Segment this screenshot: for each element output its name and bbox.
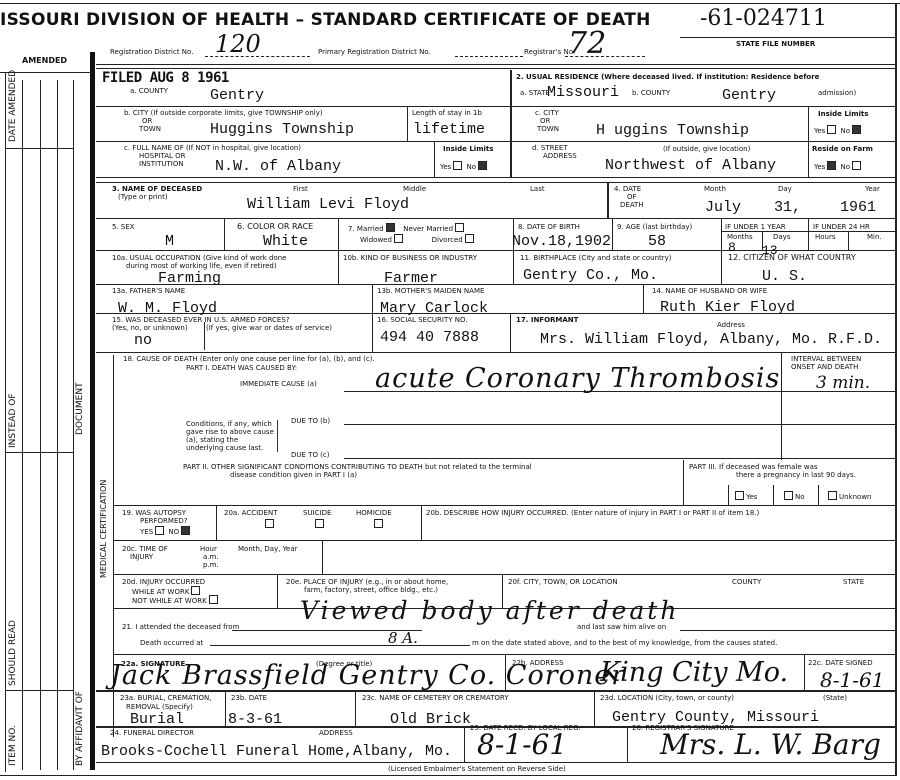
divider (627, 726, 628, 762)
divider (113, 540, 895, 541)
cod-part3-sub: there a pregnancy in last 90 days. (736, 471, 856, 479)
divider (355, 690, 356, 726)
dod-of: OF (627, 193, 637, 201)
checkbox-yes[interactable] (453, 161, 462, 170)
pod-city-town: TOWN (139, 125, 161, 133)
checkbox-no-checked[interactable] (478, 161, 487, 170)
business-value: Farmer (384, 271, 438, 287)
occupation-sub: during most of working life, even if ret… (126, 262, 277, 270)
autopsy-options: YES NO (140, 526, 192, 536)
last-label: Last (530, 185, 545, 193)
no-label: No (467, 163, 477, 171)
address-label: Address (717, 321, 745, 329)
citizen-label: 12. CITIZEN OF WHAT COUNTRY (728, 254, 856, 262)
citizen-value: U. S. (762, 269, 807, 285)
divider (565, 56, 645, 57)
res-city-or: OR (540, 117, 550, 125)
date-amended-label: DATE AMENDED (8, 70, 18, 142)
state-file-number-label: STATE FILE NUMBER (736, 40, 815, 48)
divider (5, 690, 73, 691)
registrar-signature: Mrs. L. W. Barg (660, 728, 881, 761)
occupation-value: Farming (158, 271, 221, 287)
thick-divider (90, 52, 95, 770)
stated-text: m on the date stated above, and to the b… (472, 639, 777, 647)
top-border (0, 3, 900, 4)
yes-label: Yes (440, 163, 451, 171)
burial-method-sub: REMOVAL (Specify) (126, 703, 193, 711)
divider (728, 485, 729, 505)
middle-label: Middle (403, 185, 426, 193)
reside-farm-options: Yes No (814, 161, 863, 171)
res-city-label: c. CITY (535, 109, 559, 117)
divider (113, 574, 895, 575)
accident-label: 20a. ACCIDENT (224, 509, 277, 517)
cod-part3: PART III. If deceased was female was (689, 463, 818, 471)
death-occurred-label: Death occurred at (140, 639, 203, 647)
pod-city-value: Huggins Township (210, 122, 354, 138)
cod-header: 18. CAUSE OF DEATH (Enter only one cause… (123, 355, 375, 363)
address-22b-value: King City Mo. (600, 657, 788, 688)
res-street-hint: (If outside, give location) (663, 145, 750, 153)
certificate-title: ISSOURI DIVISION OF HEALTH – STANDARD CE… (0, 10, 651, 30)
checkbox-divorced[interactable] (465, 234, 474, 243)
time-label: 20c. TIME OF (122, 545, 168, 553)
ssn-value: 494 40 7888 (380, 330, 479, 346)
under-1yr-label: IF UNDER 1 YEAR (725, 223, 786, 231)
marital-label: 7. (348, 225, 355, 233)
describe-label: 20b. DESCRIBE HOW INJURY OCCURRED. (Ente… (426, 509, 759, 517)
location-label: 23d. LOCATION (City, town, or county) (600, 694, 734, 702)
place-label: 20e. PLACE OF INJURY (e.g., in or about … (286, 578, 448, 586)
divider (510, 313, 511, 352)
dod-month-value: July (705, 200, 741, 216)
pregnancy-no: No (782, 491, 805, 501)
injury-state-label: STATE (843, 578, 864, 586)
res-inside-limits-options: Yes No (814, 125, 863, 135)
attended-label: 21. I attended the deceased from (122, 623, 239, 631)
widowed-label: Widowed (360, 236, 392, 244)
divider (344, 458, 895, 459)
name-value: William Levi Floyd (247, 197, 409, 213)
interval-label-1: INTERVAL BETWEEN (791, 355, 861, 363)
divider (22, 80, 23, 770)
res-inside-limits-label: Inside Limits (818, 110, 868, 118)
pod-hospital-label: c. FULL NAME OF (If NOT in hospital, giv… (124, 144, 301, 152)
yes-label: YES (140, 528, 153, 536)
mother-label: 13b. MOTHER'S MAIDEN NAME (377, 287, 484, 295)
no-label: No (841, 127, 851, 135)
divider (455, 56, 523, 57)
divider (96, 218, 895, 219)
length-stay-label: Length of stay in 1b (412, 109, 482, 117)
spouse-value: Ruth Kier Floyd (660, 300, 795, 316)
hour-label: Hour (200, 545, 217, 553)
document-label: DOCUMENT (75, 382, 85, 435)
divider (804, 654, 805, 690)
divider (96, 182, 895, 183)
sex-value: M (165, 234, 174, 250)
min-label: Min. (867, 233, 882, 241)
place-sub: farm, factory, street, office bldg., etc… (304, 586, 438, 594)
married-label: Married (357, 225, 384, 233)
armed-value: no (134, 333, 152, 349)
res-city-value: H uggins Township (596, 123, 749, 139)
yes-label: Yes (814, 163, 825, 171)
divider (322, 540, 323, 574)
under-24-label: IF UNDER 24 HR (813, 223, 870, 231)
pod-hospital-sub2: INSTITUTION (139, 160, 184, 168)
by-affidavit-label: BY AFFIDAVIT OF (75, 691, 85, 766)
pod-hospital-value: N.W. of Albany (215, 159, 341, 175)
footer-note: (Licensed Embalmer's Statement on Revers… (388, 765, 566, 773)
checkbox-not-at-work[interactable] (209, 595, 218, 604)
pod-county-value: Gentry (210, 88, 264, 104)
pod-hospital-sub1: HOSPITAL OR (139, 152, 186, 160)
divider (96, 141, 895, 142)
divider (818, 485, 819, 505)
race-label: 6. COLOR OR RACE (237, 223, 313, 231)
medical-certification-label: MEDICAL CERTIFICATION (99, 480, 108, 578)
immediate-cause-value: acute Coronary Thrombosis (375, 363, 780, 394)
registration-district-value: 120 (215, 30, 261, 58)
res-county-label: b. COUNTY (632, 89, 670, 97)
last-saw-label: and last saw him alive on (577, 623, 666, 631)
director-address-label: ADDRESS (319, 729, 353, 737)
director-value: Brooks-Cochell Funeral Home,Albany, Mo. (101, 744, 452, 760)
divider (643, 284, 644, 313)
dod-death: DEATH (620, 201, 644, 209)
burial-date-label: 23b. DATE (231, 694, 267, 702)
res-street-label: d. STREET (532, 144, 568, 152)
yes-label: Yes (746, 493, 757, 501)
divider (277, 574, 278, 608)
checkbox-no-checked[interactable] (852, 125, 861, 134)
divider (205, 56, 310, 57)
no-label: NO (168, 528, 179, 536)
pregnancy-unknown: Unknown (826, 491, 872, 501)
divider (773, 485, 774, 505)
checkbox-married-checked[interactable] (386, 223, 395, 232)
divider (680, 37, 895, 38)
res-city-town: TOWN (537, 125, 559, 133)
amended-label: AMENDED (22, 57, 67, 65)
divider (683, 460, 684, 505)
age-label: 9. AGE (last birthday) (617, 223, 692, 231)
divider (96, 64, 895, 65)
never-married-label: Never Married (403, 225, 453, 233)
injury-county-label: COUNTY (732, 578, 761, 586)
divider (96, 762, 895, 763)
divider (510, 70, 512, 178)
divider (594, 690, 595, 726)
divider (505, 654, 506, 690)
instead-of-label: INSTEAD OF (8, 394, 18, 449)
divider (216, 505, 217, 540)
mother-value: Mary Carlock (380, 301, 488, 317)
business-label: 10b. KIND OF BUSINESS OR INDUSTRY (343, 254, 477, 262)
divider (848, 231, 849, 250)
divider (5, 72, 6, 772)
year-label: Year (865, 185, 880, 193)
pod-inside-limits-options: Yes No (440, 161, 489, 171)
checkbox-no[interactable] (852, 161, 861, 170)
state-file-number: -61-024711 (700, 6, 827, 31)
usual-residence-header: 2. USUAL RESIDENCE (Where deceased lived… (516, 73, 819, 81)
divider (407, 106, 408, 141)
cod-part2-sub: disease condition given in PART I (a) (230, 471, 357, 479)
res-street-value: Northwest of Albany (605, 158, 776, 174)
checkbox-never-married[interactable] (455, 223, 464, 232)
location-state-label: (State) (823, 694, 847, 702)
armed-sub2: (If yes, give war or dates of service) (206, 324, 332, 332)
filed-stamp: FILED AUG 8 1961 (102, 70, 229, 86)
res-state-label: a. STATE (520, 89, 550, 97)
pod-inside-limits-label: Inside Limits (443, 145, 493, 153)
divider (513, 218, 514, 284)
divider (721, 218, 722, 284)
first-label: First (293, 185, 308, 193)
informant-value: Mrs. William Floyd, Albany, Mo. R.F.D. (540, 332, 882, 348)
checkbox-suicide[interactable] (315, 519, 324, 528)
interval-value: 3 min. (816, 373, 870, 393)
date-signed-value: 8-1-61 (820, 668, 884, 692)
divider (96, 690, 895, 692)
divider (224, 218, 225, 250)
immediate-cause-label: IMMEDIATE CAUSE (a) (240, 380, 317, 388)
no-label: No (841, 163, 851, 171)
divider (96, 106, 895, 107)
cod-part2: PART II. OTHER SIGNIFICANT CONDITIONS CO… (183, 463, 532, 471)
name-label: 3. NAME OF DECEASED (112, 185, 202, 193)
race-value: White (263, 234, 308, 250)
armed-label: 15. WAS DECEASED EVER IN U.S. ARMED FORC… (112, 316, 290, 324)
age-value: 58 (648, 234, 666, 250)
autopsy-label: 19. WAS AUTOPSY (122, 509, 186, 517)
checkbox-at-work[interactable] (191, 586, 200, 595)
divider (338, 218, 339, 284)
bottom-border (0, 775, 897, 776)
occupation-label: 10a. USUAL OCCUPATION (Give kind of work… (112, 254, 286, 262)
informant-label: 17. INFORMANT (516, 316, 578, 324)
pod-city-or: OR (142, 117, 152, 125)
right-border (895, 3, 897, 775)
length-stay-value: lifetime (413, 122, 485, 138)
checkbox-homicide[interactable] (374, 519, 383, 528)
dob-value: Nov.18,1902 (512, 234, 611, 250)
birthplace-label: 11. BIRTHPLACE (City and state or countr… (520, 254, 672, 262)
divider (421, 505, 422, 540)
divider (434, 141, 435, 177)
sex-label: 5. SEX (112, 223, 135, 231)
checkbox-widowed[interactable] (394, 234, 403, 243)
checkbox-yes[interactable] (827, 125, 836, 134)
cemetery-label: 23c. NAME OF CEMETERY OR CREMATORY (362, 694, 509, 702)
divider (5, 452, 73, 453)
pm-label: p.m. (203, 561, 219, 569)
burial-method-label: 23a. BURIAL, CREMATION, (120, 694, 211, 702)
autopsy-sub: PERFORMED? (140, 517, 187, 525)
dod-day-value: 31, (774, 200, 801, 216)
divider (612, 218, 613, 250)
cod-part1: PART I. DEATH WAS CAUSED BY: (186, 364, 297, 372)
days-label: Days (773, 233, 790, 241)
address-22b-label: 22b. ADDRESS (512, 659, 564, 667)
time-sub: INJURY (130, 553, 153, 561)
am-label: a.m. (203, 553, 219, 561)
should-read-label: SHOULD READ (8, 620, 18, 686)
registration-district-label: Registration District No. (110, 48, 193, 56)
injury-city-label: 20f. CITY, TOWN, OR LOCATION (508, 578, 618, 586)
divider (464, 726, 465, 762)
checkbox-pregnancy-unknown[interactable] (828, 491, 837, 500)
checkbox-pregnancy-yes[interactable] (735, 491, 744, 500)
father-value: W. M. Floyd (118, 301, 217, 317)
res-county-value: Gentry (722, 88, 776, 104)
checkbox-accident[interactable] (265, 519, 274, 528)
death-time-value: 8 A. (388, 629, 418, 647)
spouse-label: 14. NAME OF HUSBAND OR WIFE (652, 287, 767, 295)
pod-county-label: a. COUNTY (130, 87, 168, 95)
marital-options: 7. Married Never Married (348, 223, 466, 233)
unknown-label: Unknown (839, 493, 872, 501)
divider (96, 352, 895, 353)
occurred-label: 20d. INJURY OCCURRED (122, 578, 205, 586)
dob-label: 8. DATE OF BIRTH (518, 223, 580, 231)
divider (113, 654, 895, 655)
due-to-c-label: DUE TO (c) (291, 451, 329, 459)
item-no-label: ITEM NO. (8, 725, 18, 766)
armed-sub1: (Yes, no, or unknown) (112, 324, 188, 332)
hours-label: Hours (815, 233, 836, 241)
divider (96, 68, 895, 69)
marital-options-2: Widowed Divorced (360, 234, 476, 244)
attended-value: Viewed body after death (300, 596, 679, 625)
divider (680, 630, 895, 631)
divider (762, 231, 763, 250)
name-sub: (Type or print) (118, 193, 168, 201)
checkbox-yes-checked[interactable] (827, 161, 836, 170)
divider (210, 645, 470, 646)
reside-farm-label: Reside on Farm (812, 145, 873, 153)
primary-registration-label: Primary Registration District No. (318, 48, 431, 56)
no-label: No (795, 493, 805, 501)
not-at-work-option: NOT WHILE AT WORK (132, 595, 220, 605)
suicide-label: SUICIDE (303, 509, 331, 517)
divider (5, 148, 73, 149)
homicide-label: HOMICIDE (356, 509, 392, 517)
due-to-b-label: DUE TO (b) (291, 417, 330, 425)
date-recd-value: 8-1-61 (477, 728, 567, 761)
divider (204, 322, 205, 350)
divider (808, 218, 809, 250)
director-label: 24. FUNERAL DIRECTOR (110, 729, 194, 737)
ssn-label: 16. SOCIAL SECURITY NO. (377, 316, 467, 324)
conditions-text: Conditions, if any, which gave rise to a… (186, 420, 278, 452)
divider (96, 177, 895, 178)
checkbox-autopsy-no-checked[interactable] (181, 526, 190, 535)
divider (808, 106, 809, 177)
divider (225, 690, 226, 726)
dod-year-value: 1961 (840, 200, 876, 216)
divider (607, 182, 609, 218)
month-label: Month (704, 185, 726, 193)
pregnancy-yes: Yes (733, 491, 757, 501)
res-street-sub: ADDRESS (543, 152, 577, 160)
divider (781, 352, 782, 460)
birthplace-value: Gentry Co., Mo. (523, 268, 658, 284)
checkbox-autopsy-yes[interactable] (155, 526, 164, 535)
checkbox-pregnancy-no[interactable] (784, 491, 793, 500)
res-admission: admission) (818, 89, 856, 97)
not-at-work-label: NOT WHILE AT WORK (132, 597, 207, 605)
divorced-label: Divorced (432, 236, 463, 244)
divider (113, 505, 895, 506)
divider (73, 80, 74, 770)
father-label: 13a. FATHER'S NAME (112, 287, 185, 295)
pod-city-label: b. CITY (If outside corporate limits, gi… (124, 109, 323, 117)
divider (40, 80, 41, 770)
day-label: Day (778, 185, 792, 193)
date-signed-label: 22c. DATE SIGNED (808, 659, 873, 667)
divider (372, 284, 373, 352)
interval-label-2: ONSET AND DEATH (791, 363, 858, 371)
divider (57, 80, 58, 770)
divider (344, 424, 895, 425)
mdy-label: Month, Day, Year (238, 545, 297, 553)
dod-label: 4. DATE (614, 185, 641, 193)
yes-label: Yes (814, 127, 825, 135)
res-state-value: Missouri (547, 85, 619, 101)
